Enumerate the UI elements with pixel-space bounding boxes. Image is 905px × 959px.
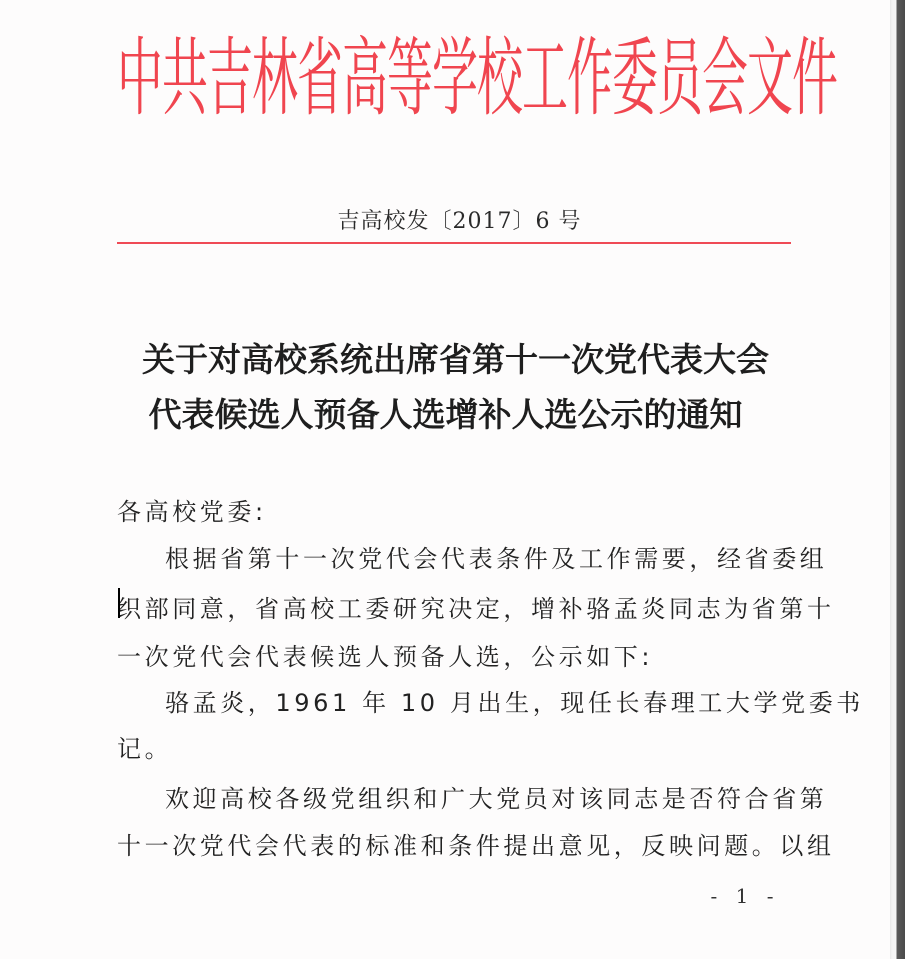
issuer-title-char: 中 [117, 35, 162, 120]
issuer-title-char: 工 [522, 35, 567, 120]
document-number: 吉高校发〔2017〕6 号 [0, 204, 905, 235]
issuer-title-char: 作 [567, 35, 612, 120]
body-line-2: 织部同意，省高校工委研究决定，增补骆孟炎同志为省第十 [117, 589, 835, 624]
body-line-3: 一次党代会代表候选人预备人选，公示如下: [117, 637, 653, 672]
issuer-title-char: 高 [342, 35, 387, 120]
issuer-title: 中共吉林省高等学校工作委员会文件 [117, 28, 797, 128]
body-line-5: 记。 [117, 729, 172, 764]
issuer-title-char: 共 [162, 35, 207, 120]
document-page: 中共吉林省高等学校工作委员会文件 吉高校发〔2017〕6 号 关于对高校系统出席… [0, 0, 890, 959]
issuer-title-char: 学 [432, 35, 477, 120]
red-separator-rule [117, 242, 791, 244]
issuer-title-char: 等 [387, 35, 432, 120]
page-edge-shadow [890, 0, 905, 959]
heading-line-1: 关于对高校系统出席省第十一次党代表大会 [3, 334, 905, 381]
document-number-text: 吉高校发〔2017〕6 号 [324, 209, 582, 234]
body-line-6: 欢迎高校各级党组织和广大党员对该同志是否符合省第 [165, 779, 827, 814]
body-line-4: 骆孟炎，1961 年 10 月出生，现任长春理工大学党委书 [165, 683, 864, 718]
text-cursor [118, 588, 120, 618]
issuer-title-char: 委 [612, 35, 657, 120]
page-number: - 1 - [700, 884, 790, 908]
body-line-1: 根据省第十一次党代会代表条件及工作需要，经省委组 [165, 539, 827, 574]
issuer-title-char: 省 [297, 35, 342, 120]
issuer-title-char: 文 [747, 35, 792, 120]
issuer-title-char: 件 [792, 35, 837, 120]
issuer-title-char: 校 [477, 35, 522, 120]
body-line-7: 十一次党代会代表的标准和条件提出意见，反映问题。以组 [117, 826, 835, 861]
issuer-title-char: 会 [702, 35, 747, 120]
heading-line-2: 代表候选人预备人选增补人选公示的通知 [0, 389, 898, 436]
issuer-title-char: 员 [657, 35, 702, 120]
issuer-title-char: 吉 [207, 35, 252, 120]
salutation: 各高校党委: [117, 492, 267, 527]
issuer-title-char: 林 [252, 35, 297, 120]
